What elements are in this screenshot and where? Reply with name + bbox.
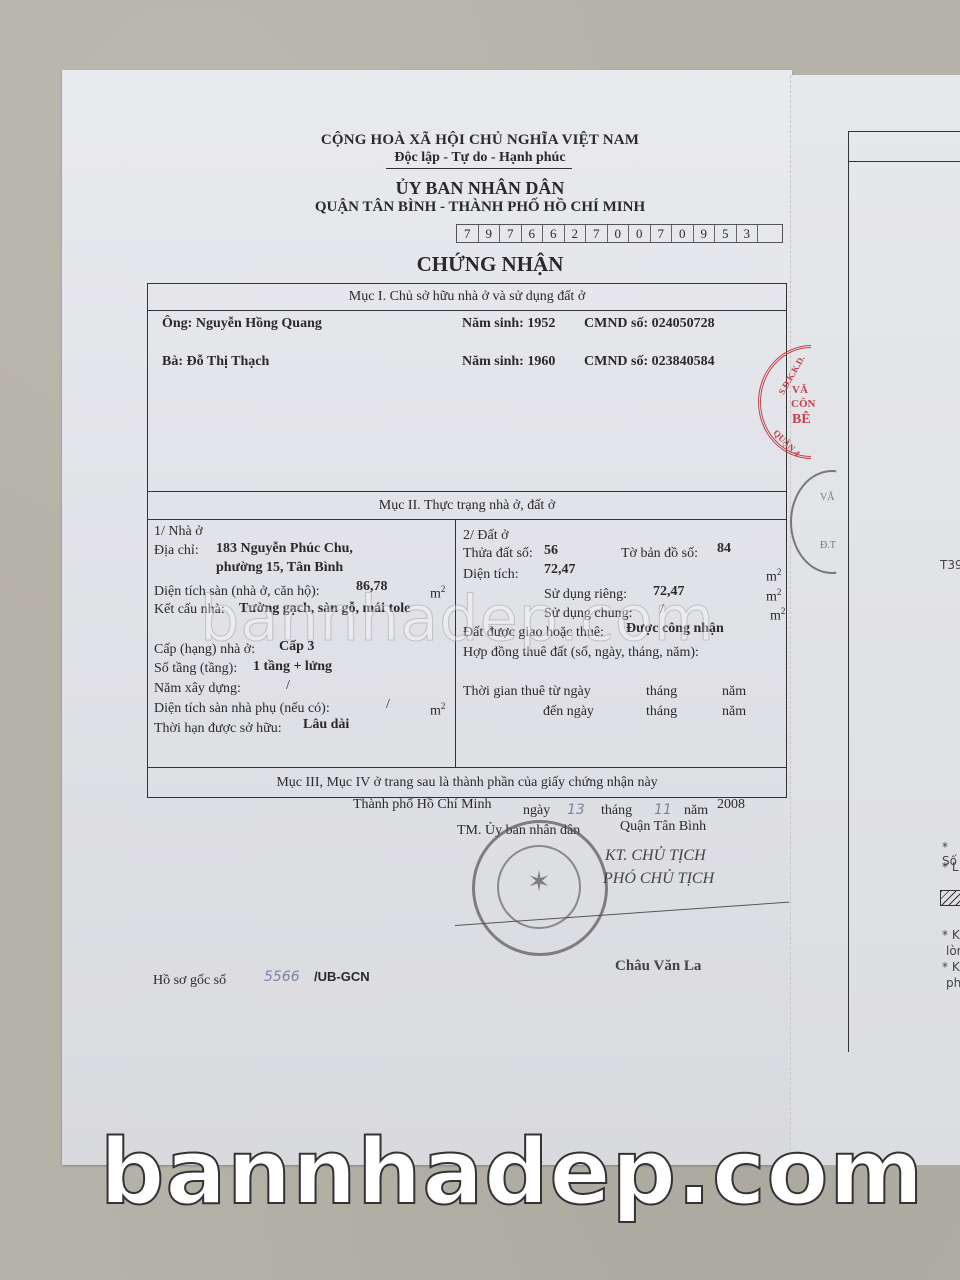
adjacent-page-bullet: ph [946, 976, 960, 990]
ownership-term-value: Lâu dài [303, 717, 349, 733]
serial-digit: 7 [500, 225, 522, 242]
adjacent-page-bullet: * K [942, 928, 960, 942]
serial-digit: 9 [694, 225, 716, 242]
serial-digit: 9 [479, 225, 501, 242]
section3-note: Mục III, Mục IV ở trang sau là thành phầ… [148, 767, 786, 797]
republic-heading: CỘNG HOÀ XÃ HỘI CHỦ NGHĨA VIỆT NAM [220, 132, 740, 149]
serial-digit: 0 [672, 225, 694, 242]
official-seal-icon: ✶ [472, 820, 608, 956]
map-sheet-label: Tờ bản đồ số: [621, 546, 698, 562]
owner1-name: Ông: Nguyễn Hồng Quang [162, 316, 322, 332]
floors-label: Số tầng (tầng): [154, 661, 237, 677]
district-heading: QUẬN TÂN BÌNH - THÀNH PHỐ HỒ CHÍ MINH [220, 199, 740, 216]
signing-district: Quận Tân Bình [620, 819, 706, 835]
plot-value: 56 [544, 543, 558, 559]
motto-underline [386, 168, 572, 169]
section2-heading: Mục II. Thực trạng nhà ở, đất ở [148, 491, 786, 520]
lease-from-label: Thời gian thuê từ ngày [463, 684, 591, 700]
watermark-faint: bannhadep.com [200, 582, 715, 655]
serial-number-boxes: 7 9 7 6 6 2 7 0 0 7 0 9 5 3 [456, 224, 783, 243]
grey-stamp-text: Đ.T [820, 540, 836, 551]
year-built-value: / [286, 678, 290, 694]
adjacent-page-bullet: lòn [946, 944, 960, 958]
adjacent-page-bullet: * L [942, 860, 959, 874]
serial-digit: 7 [457, 225, 479, 242]
day-label: ngày [523, 803, 550, 819]
owner1-id-number: CMND số: 024050728 [584, 316, 715, 332]
shared-use-unit: m2 [770, 606, 785, 625]
signer-role2: PHÓ CHỦ TỊCH [603, 870, 714, 888]
land-area-unit: 72,47m2 [766, 567, 781, 586]
land-label: 2/ Đất ở [463, 528, 509, 544]
signing-city: Thành phố Hồ Chí Minh [353, 797, 491, 813]
month-label: tháng [601, 803, 632, 819]
land-area-label: Diện tích: [463, 567, 519, 583]
owner2-name: Bà: Đỗ Thị Thạch [162, 354, 269, 370]
file-ref-suffix: /UB-GCN [314, 969, 370, 984]
signing-day: 13 [567, 802, 585, 818]
serial-digit: 6 [543, 225, 565, 242]
national-motto: Độc lập - Tự do - Hạnh phúc [220, 150, 740, 166]
signing-month: 11 [654, 802, 672, 818]
file-ref-label: Hồ sơ gốc số [153, 973, 226, 989]
year-label: năm [684, 803, 708, 819]
adjacent-page-bullet: * K [942, 960, 960, 974]
house-label: 1/ Nhà ở [154, 524, 203, 540]
certificate-title: CHỨNG NHẬN [220, 252, 760, 277]
map-sheet-value: 84 [717, 541, 731, 557]
hatch-legend-icon [940, 890, 960, 906]
aux-area-value: / [386, 697, 390, 713]
serial-digit: 7 [651, 225, 673, 242]
address-line2: phường 15, Tân Bình [216, 560, 343, 576]
adjacent-page-rule [848, 161, 960, 162]
red-stamp-text: VĂ [792, 384, 808, 396]
red-stamp-text: CÔN [791, 398, 815, 410]
year-built-label: Năm xây dựng: [154, 681, 241, 697]
signing-year: 2008 [717, 797, 745, 813]
lease-to-month-label: tháng [646, 704, 677, 720]
serial-digit: 0 [608, 225, 630, 242]
certificate-table: Mục I. Chủ sở hữu nhà ở và sử dụng đất ở… [147, 283, 787, 798]
lease-from-month-label: tháng [646, 684, 677, 700]
watermark: bannhadep.com [100, 1120, 924, 1225]
private-use-unit: m2 [766, 587, 781, 606]
lease-to-year-label: năm [722, 704, 746, 720]
serial-digit [758, 225, 782, 242]
grey-stamp-text: VĂ [820, 492, 834, 503]
floors-value: 1 tầng + lửng [253, 659, 332, 675]
serial-digit: 0 [629, 225, 651, 242]
serial-digit: 3 [737, 225, 759, 242]
serial-digit: 6 [522, 225, 544, 242]
address-label: Địa chỉ: [154, 543, 199, 559]
aux-area-unit: m2 [430, 701, 445, 720]
land-area-value: 72,47 [544, 562, 576, 578]
serial-digit: 5 [715, 225, 737, 242]
section1-heading: Mục I. Chủ sở hữu nhà ở và sử dụng đất ở [148, 284, 786, 311]
owner2-birth-year: Năm sinh: 1960 [462, 354, 555, 370]
lease-from-year-label: năm [722, 684, 746, 700]
lease-to-label: đến ngày [543, 704, 594, 720]
adjacent-page-code: T39 [940, 558, 960, 572]
committee-heading: ỦY BAN NHÂN DÂN [220, 178, 740, 199]
serial-digit: 7 [586, 225, 608, 242]
serial-digit: 2 [565, 225, 587, 242]
address-line1: 183 Nguyễn Phúc Chu, [216, 541, 353, 557]
file-ref-number: 5566 [264, 969, 300, 985]
red-stamp-text: BÊ [792, 412, 811, 428]
signer-role1: KT. CHỦ TỊCH [605, 847, 706, 865]
aux-area-label: Diện tích sàn nhà phụ (nếu có): [154, 701, 330, 717]
adjacent-page-frame [848, 131, 960, 1052]
signer-name: Châu Văn La [615, 958, 701, 975]
ownership-term-label: Thời hạn được sở hữu: [154, 721, 282, 737]
owner2-id-number: CMND số: 023840584 [584, 354, 715, 370]
owner1-birth-year: Năm sinh: 1952 [462, 316, 555, 332]
plot-label: Thửa đất số: [463, 546, 533, 562]
